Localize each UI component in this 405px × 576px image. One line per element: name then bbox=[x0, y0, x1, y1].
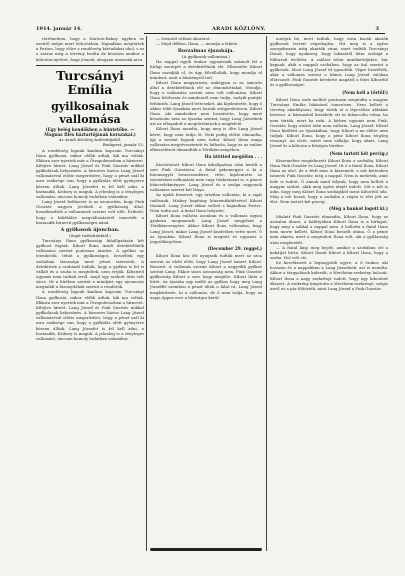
article-paragraph: Kiborí Ilona mondta, hogy meg is ölte La… bbox=[150, 126, 262, 152]
column-divider bbox=[146, 36, 147, 551]
article-paragraph: A rendőrség lapunk kiadása kapcsán Turcs… bbox=[36, 289, 144, 341]
article-paragraph: Kiborí Ilona magyarázta, miképpen is az … bbox=[150, 80, 262, 126]
column-2: — Szemtől váltani akaratot. — Majd délbe… bbox=[150, 36, 262, 546]
article-paragraph: Mialatt Fink Gusztáv elmondta, Kiborí Il… bbox=[270, 214, 388, 245]
masthead: 1914. január 14. ARADI KÖZLÖNY. 3 bbox=[36, 24, 385, 34]
article-subhead: (Egy belég kendőkben a büntetőbe. — Magn… bbox=[36, 127, 144, 137]
article-paragraph: Az újabb hírnevet, egy ártatlan vallomás… bbox=[150, 192, 262, 213]
subsection-heading: Ha ütötted megölöm . . . bbox=[150, 154, 262, 159]
article-paragraph: Lang József fedőnevet is az azonosítás, … bbox=[36, 199, 144, 225]
subsection-heading: (December 29. reggel.) bbox=[150, 246, 262, 251]
ink-smudge bbox=[150, 548, 262, 551]
article-paragraph: — A fiatal lány, meg bejött, amikor a sz… bbox=[270, 245, 388, 260]
page-number: 3 bbox=[376, 26, 379, 32]
issue-date: 1914. január 14. bbox=[36, 26, 82, 32]
article-paragraph: autójuk be, mert tudták, hogy ezen hasáb… bbox=[270, 36, 388, 88]
article-paragraph: Kiborí Ilona vallotta azonban és a vallo… bbox=[150, 213, 262, 244]
article-paragraph: Kisvártatott Kiborí Ilona kihallgatása u… bbox=[150, 162, 262, 193]
newspaper-page: 1914. január 14. ARADI KÖZLÖNY. 3 történ… bbox=[0, 0, 405, 576]
headline-rule bbox=[36, 65, 144, 66]
column-1: történetben, hogy a Daróczi-Bakay ügyben… bbox=[36, 36, 144, 556]
headline-line-2: gyilkosainak vallomása bbox=[36, 100, 144, 126]
subsection-heading: (Nem tartott két percig.) bbox=[270, 151, 388, 156]
article-paragraph: Ez következett a legnagyobb egyre, a 8 ó… bbox=[270, 260, 388, 291]
article-paragraph: Kiborí Ilona köz őtt nyugszik tudták mer… bbox=[150, 253, 262, 299]
article-paragraph: Ha nappal egyik órakor egymásnak számolt… bbox=[150, 59, 262, 80]
subsection-heading: (Még a bankot logott ki.) bbox=[270, 206, 388, 211]
intro-paragraph: történetben, hogy a Daróczi-Bakay ügyben… bbox=[36, 36, 144, 62]
article-paragraph: Kiborí Ilona ezek mellett pontosan megtu… bbox=[270, 97, 388, 149]
column-divider bbox=[266, 36, 267, 551]
article-paragraph: A rendőrség lapunk kiadása kapcsán Turcs… bbox=[36, 148, 144, 200]
column-3: autójuk be, mert tudták, hogy ezen hasáb… bbox=[270, 36, 388, 556]
dialogue-line: — Majd délben, Ilona, — mondja a fekete. bbox=[150, 41, 262, 46]
newspaper-title: ARADI KÖZLÖNY. bbox=[212, 26, 266, 32]
masthead-rule bbox=[144, 33, 385, 34]
article-paragraph: Kiszemeltve megérkezett Kiborí Ilona a s… bbox=[270, 158, 388, 204]
headline-line-1: Turcsányi Emília bbox=[36, 69, 144, 97]
subsection-heading: (Nem kell a tőrtől!) bbox=[270, 90, 388, 95]
article-paragraph: Turcsányi Ilona gyilkossági kihallgatásá… bbox=[36, 238, 144, 290]
